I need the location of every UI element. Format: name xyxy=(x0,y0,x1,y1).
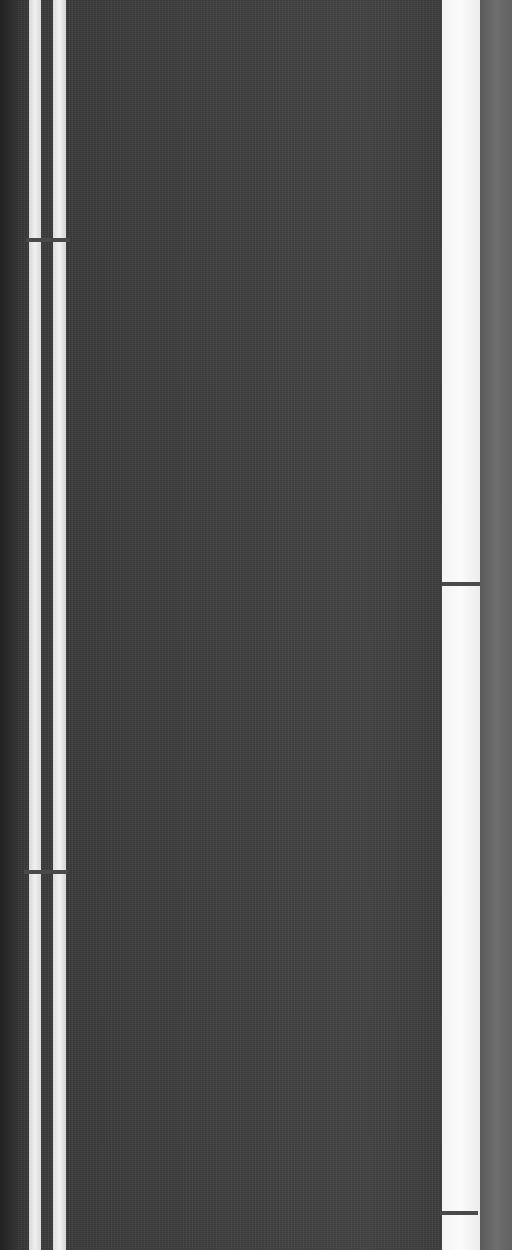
left-road-edge xyxy=(0,0,18,1250)
pavement-seam xyxy=(26,238,70,242)
pavement-seam xyxy=(24,870,68,874)
center-line-right xyxy=(53,0,66,1250)
center-line-left xyxy=(29,0,41,1250)
edge-line xyxy=(442,0,480,1250)
road-shoulder xyxy=(480,0,512,1250)
road-photo xyxy=(0,0,512,1250)
pavement-seam xyxy=(440,1211,478,1215)
pavement-seam xyxy=(442,582,480,586)
